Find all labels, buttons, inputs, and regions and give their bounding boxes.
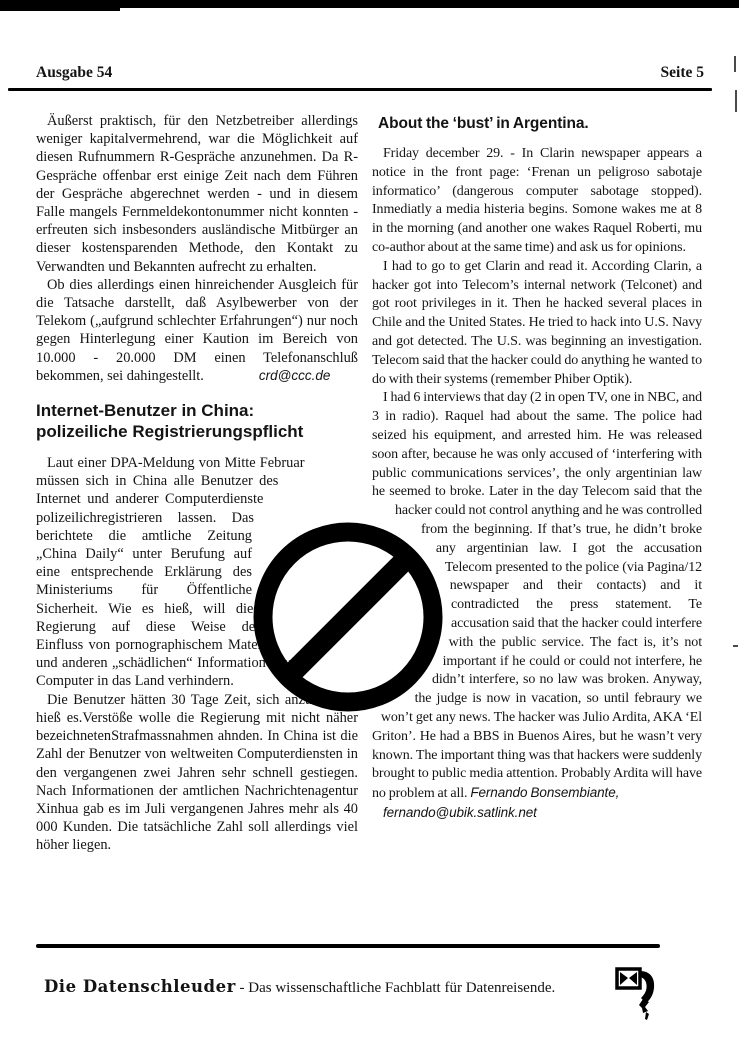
article-heading-argentina: About the ‘bust’ in Argentina.: [372, 114, 702, 133]
article-heading-china-line1: Internet-Benutzer in China:: [36, 401, 254, 420]
paragraph-clarin-notice: Friday december 29. - In Clarin newspape…: [372, 145, 702, 258]
paragraph-r-gespraeche: Äußerst praktisch, für den Netzbetreiber…: [36, 112, 358, 276]
page-header: Ausgabe 54 Seite 5: [36, 64, 704, 82]
datenschleuder-hand-logo-svg: [615, 966, 659, 1022]
magazine-tagline: - Das wissenschaftliche Fachblatt für Da…: [236, 980, 555, 996]
footer-rule: [36, 944, 660, 948]
author-signature-crd: crd@ccc.de: [259, 368, 330, 383]
paragraph-kaution: Ob dies allerdings einen hinreichender A…: [36, 276, 358, 385]
scan-artifact-mark: [733, 645, 738, 647]
prohibition-sign-svg: [244, 513, 452, 721]
article-heading-china-line2: polizeiliche Registrierungspflicht: [36, 422, 303, 441]
article-heading-china: Internet-Benutzer in China: polizeiliche…: [36, 400, 358, 442]
left-column: Äußerst praktisch, für den Netzbetreiber…: [36, 112, 358, 855]
issue-label: Ausgabe 54: [36, 64, 112, 82]
magazine-brand: Die Datenschleuder: [44, 977, 236, 996]
author-signature-name: Fernando Bonsembiante,: [470, 785, 619, 800]
header-rule: [8, 88, 712, 91]
page-top-scan-bar: [0, 0, 739, 8]
scan-artifact-mark: [735, 90, 737, 112]
datenschleuder-hand-logo-icon: [615, 966, 659, 1022]
page-number-label: Seite 5: [661, 64, 704, 82]
paragraph-telecom-hack: I had to go to get Clarin and read it. A…: [372, 258, 702, 390]
scan-artifact-mark: [734, 56, 736, 72]
prohibition-sign-icon: [244, 513, 452, 721]
page-footer: Die Datenschleuder - Das wissenschaftlic…: [44, 977, 604, 997]
author-signature-email: fernando@ubik.satlink.net: [372, 804, 702, 823]
